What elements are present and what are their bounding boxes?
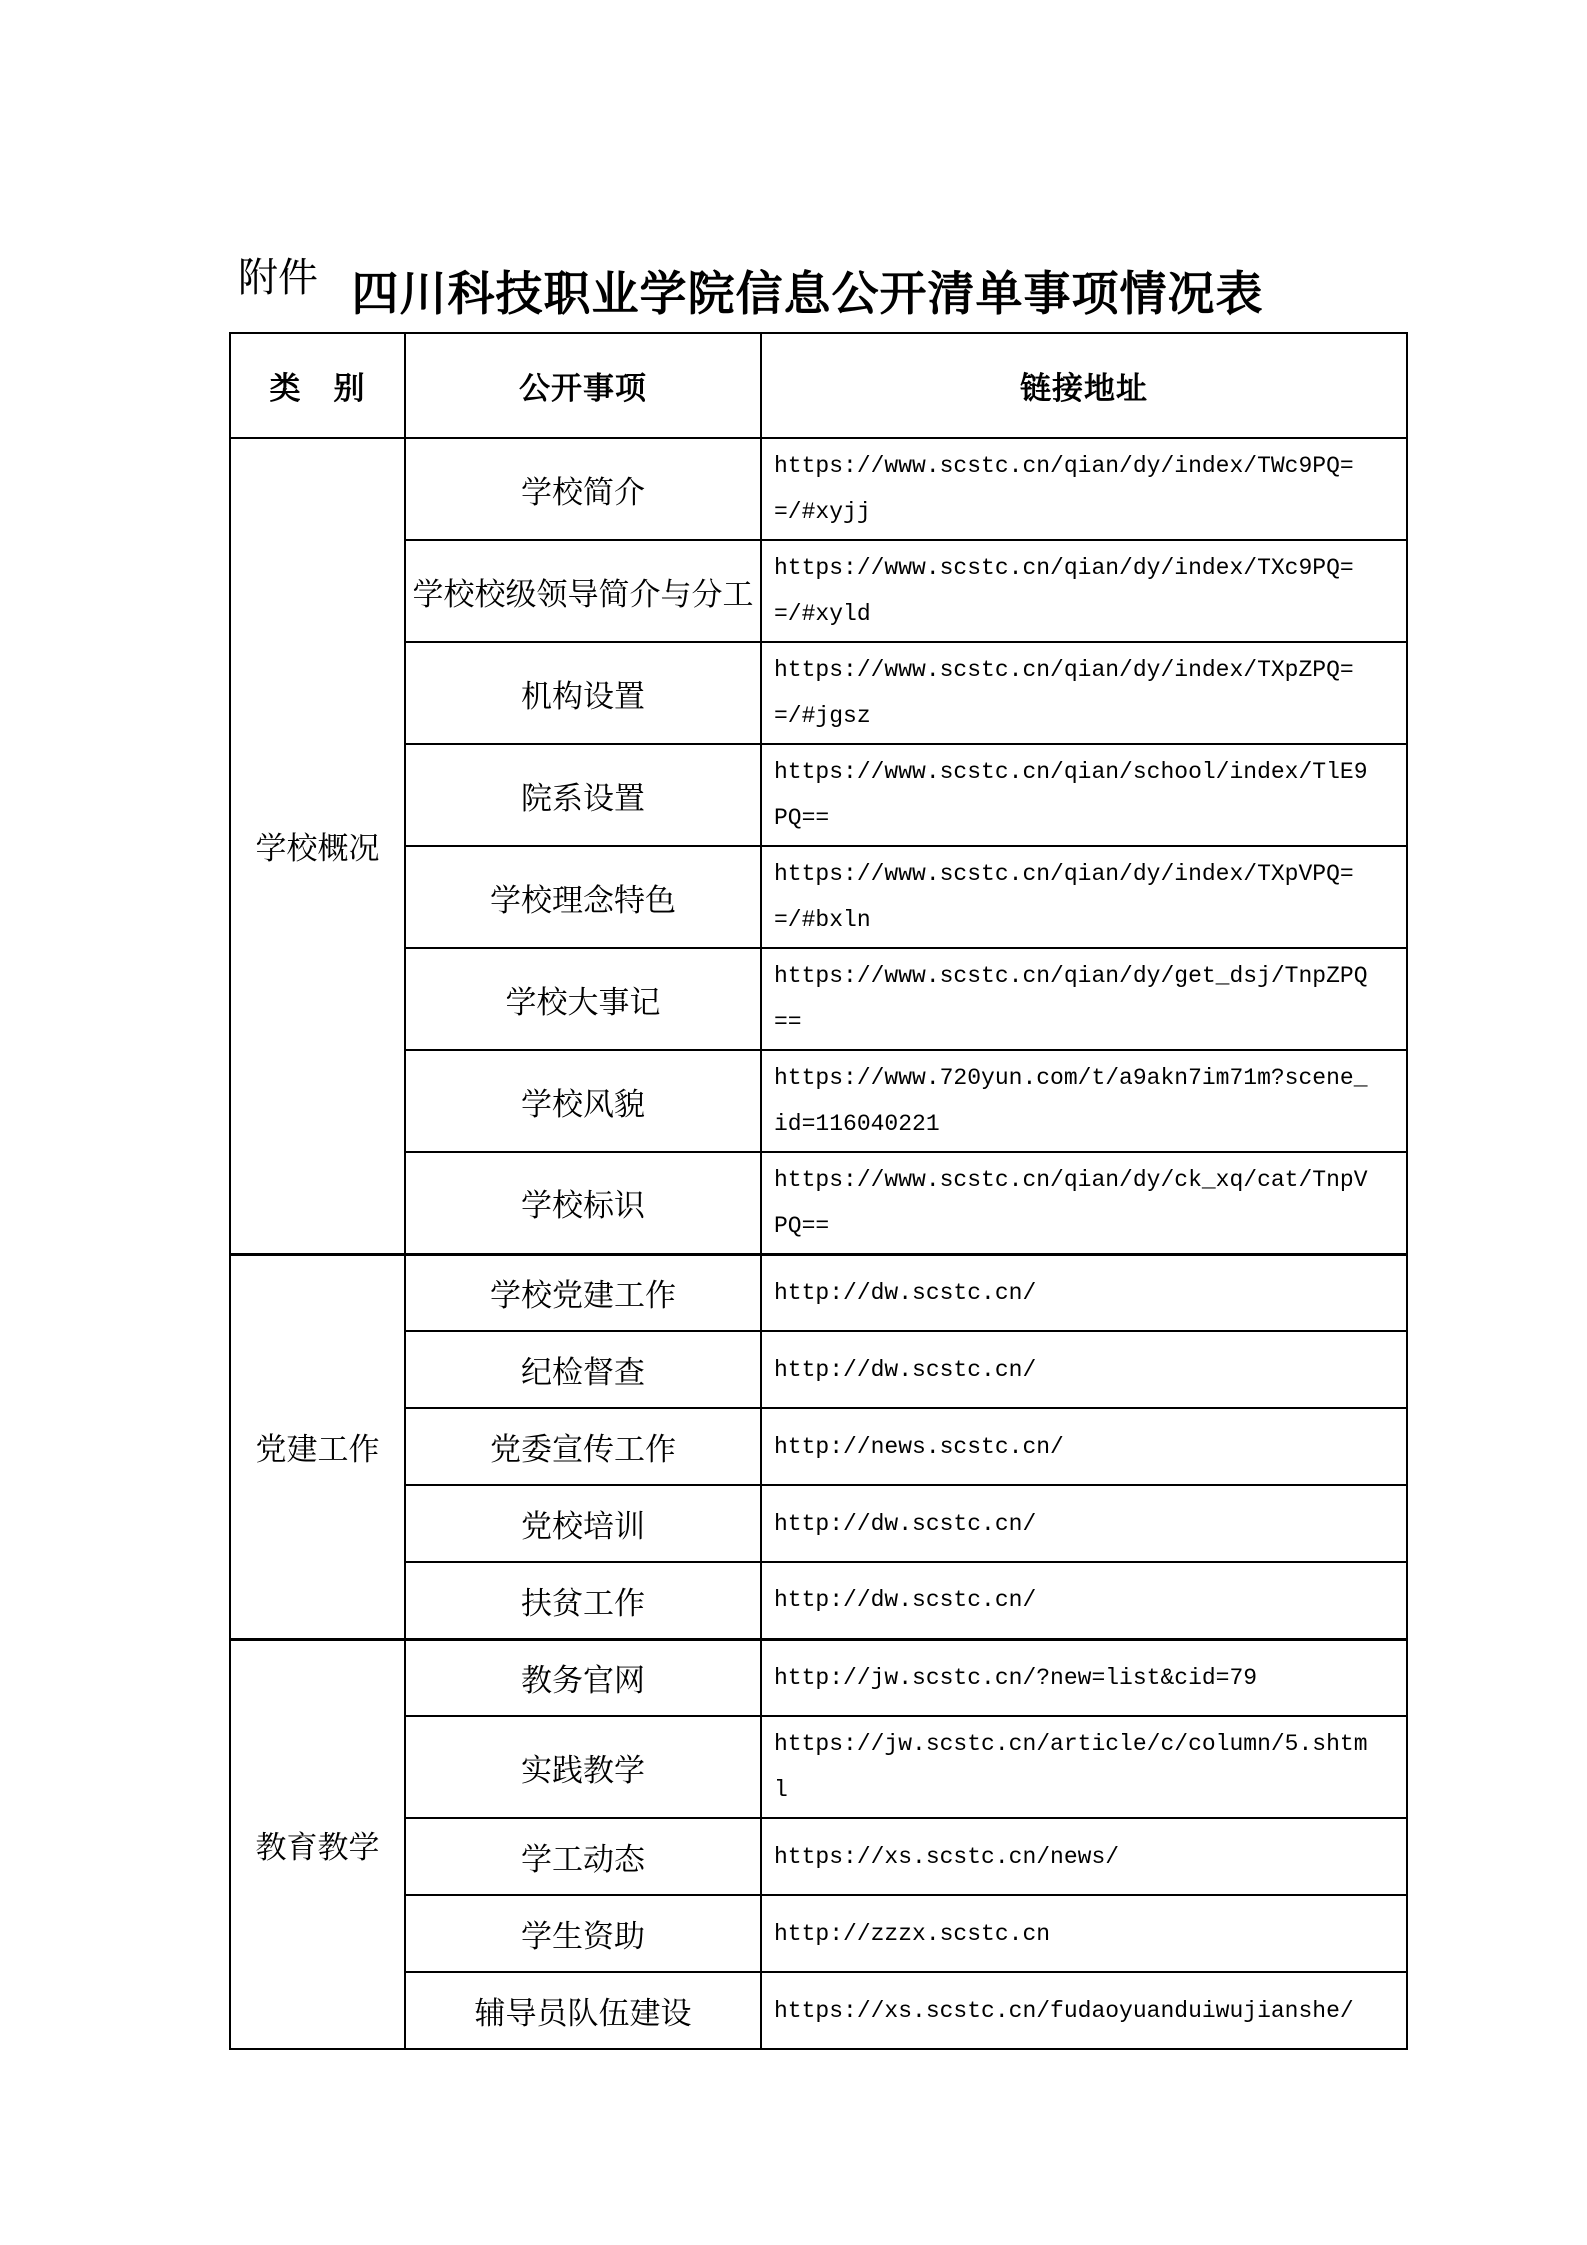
url-text: http://dw.scstc.cn/ (774, 1577, 1372, 1623)
table-row: 党建工作学校党建工作http://dw.scstc.cn/ (230, 1254, 1407, 1331)
table-row: 扶贫工作http://dw.scstc.cn/ (230, 1562, 1407, 1639)
url-text: https://xs.scstc.cn/news/ (774, 1834, 1372, 1880)
table-row: 党委宣传工作http://news.scstc.cn/ (230, 1408, 1407, 1485)
document-page: 附件 四川科技职业学院信息公开清单事项情况表 类 别 公开事项 链接地址 学校概… (0, 0, 1587, 2245)
url-cell: http://dw.scstc.cn/ (761, 1485, 1407, 1562)
table-row: 机构设置https://www.scstc.cn/qian/dy/index/T… (230, 642, 1407, 744)
item-cell: 学校标识 (405, 1152, 761, 1254)
url-cell: https://www.scstc.cn/qian/school/index/T… (761, 744, 1407, 846)
table-row: 学校校级领导简介与分工https://www.scstc.cn/qian/dy/… (230, 540, 1407, 642)
item-cell: 学校理念特色 (405, 846, 761, 948)
table-row: 党校培训http://dw.scstc.cn/ (230, 1485, 1407, 1562)
item-cell: 学校校级领导简介与分工 (405, 540, 761, 642)
page-title: 四川科技职业学院信息公开清单事项情况表 (219, 270, 1396, 322)
item-cell: 学生资助 (405, 1895, 761, 1972)
item-cell: 学校大事记 (405, 948, 761, 1050)
table-row: 学校概况学校简介https://www.scstc.cn/qian/dy/ind… (230, 438, 1407, 540)
url-cell: https://www.scstc.cn/qian/dy/index/TXc9P… (761, 540, 1407, 642)
table-row: 实践教学https://jw.scstc.cn/article/c/column… (230, 1716, 1407, 1818)
item-cell: 辅导员队伍建设 (405, 1972, 761, 2049)
item-cell: 实践教学 (405, 1716, 761, 1818)
url-cell: http://zzzx.scstc.cn (761, 1895, 1407, 1972)
url-text: https://www.scstc.cn/qian/dy/ck_xq/cat/T… (774, 1157, 1372, 1249)
table-row: 学校标识https://www.scstc.cn/qian/dy/ck_xq/c… (230, 1152, 1407, 1254)
category-cell: 党建工作 (230, 1254, 405, 1639)
url-cell: http://dw.scstc.cn/ (761, 1562, 1407, 1639)
url-text: http://dw.scstc.cn/ (774, 1347, 1372, 1393)
url-text: https://www.720yun.com/t/a9akn7im71m?sce… (774, 1055, 1372, 1147)
table-row: 学校大事记https://www.scstc.cn/qian/dy/get_ds… (230, 948, 1407, 1050)
header-category: 类 别 (230, 333, 405, 438)
url-cell: http://dw.scstc.cn/ (761, 1331, 1407, 1408)
info-disclosure-table: 类 别 公开事项 链接地址 学校概况学校简介https://www.scstc.… (229, 332, 1408, 2050)
table-row: 院系设置https://www.scstc.cn/qian/school/ind… (230, 744, 1407, 846)
url-text: https://www.scstc.cn/qian/dy/index/TWc9P… (774, 443, 1372, 535)
item-cell: 纪检督查 (405, 1331, 761, 1408)
url-text: http://dw.scstc.cn/ (774, 1501, 1372, 1547)
table-row: 辅导员队伍建设https://xs.scstc.cn/fudaoyuanduiw… (230, 1972, 1407, 2049)
url-text: https://www.scstc.cn/qian/dy/index/TXpVP… (774, 851, 1372, 943)
item-cell: 党委宣传工作 (405, 1408, 761, 1485)
item-cell: 学校党建工作 (405, 1254, 761, 1331)
url-cell: http://dw.scstc.cn/ (761, 1254, 1407, 1331)
url-text: https://www.scstc.cn/qian/school/index/T… (774, 749, 1372, 841)
url-cell: https://www.scstc.cn/qian/dy/index/TXpVP… (761, 846, 1407, 948)
item-cell: 学校简介 (405, 438, 761, 540)
url-cell: https://xs.scstc.cn/news/ (761, 1818, 1407, 1895)
url-cell: https://www.scstc.cn/qian/dy/get_dsj/Tnp… (761, 948, 1407, 1050)
url-cell: http://jw.scstc.cn/?new=list&cid=79 (761, 1639, 1407, 1716)
table-row: 学工动态https://xs.scstc.cn/news/ (230, 1818, 1407, 1895)
url-cell: https://www.720yun.com/t/a9akn7im71m?sce… (761, 1050, 1407, 1152)
item-cell: 学校风貌 (405, 1050, 761, 1152)
table-row: 教育教学教务官网http://jw.scstc.cn/?new=list&cid… (230, 1639, 1407, 1716)
url-text: http://jw.scstc.cn/?new=list&cid=79 (774, 1655, 1372, 1701)
url-cell: https://jw.scstc.cn/article/c/column/5.s… (761, 1716, 1407, 1818)
item-cell: 党校培训 (405, 1485, 761, 1562)
url-text: https://xs.scstc.cn/fudaoyuanduiwujiansh… (774, 1988, 1372, 2034)
header-item: 公开事项 (405, 333, 761, 438)
url-text: https://www.scstc.cn/qian/dy/index/TXc9P… (774, 545, 1372, 637)
item-cell: 扶贫工作 (405, 1562, 761, 1639)
url-text: http://dw.scstc.cn/ (774, 1270, 1372, 1316)
url-text: http://zzzx.scstc.cn (774, 1911, 1372, 1957)
url-cell: https://xs.scstc.cn/fudaoyuanduiwujiansh… (761, 1972, 1407, 2049)
header-link: 链接地址 (761, 333, 1407, 438)
url-cell: https://www.scstc.cn/qian/dy/index/TXpZP… (761, 642, 1407, 744)
url-cell: http://news.scstc.cn/ (761, 1408, 1407, 1485)
table-header-row: 类 别 公开事项 链接地址 (230, 333, 1407, 438)
category-cell: 学校概况 (230, 438, 405, 1254)
item-cell: 机构设置 (405, 642, 761, 744)
url-text: https://jw.scstc.cn/article/c/column/5.s… (774, 1721, 1372, 1813)
table-row: 学校风貌https://www.720yun.com/t/a9akn7im71m… (230, 1050, 1407, 1152)
item-cell: 教务官网 (405, 1639, 761, 1716)
url-text: https://www.scstc.cn/qian/dy/get_dsj/Tnp… (774, 953, 1372, 1045)
url-cell: https://www.scstc.cn/qian/dy/index/TWc9P… (761, 438, 1407, 540)
category-cell: 教育教学 (230, 1639, 405, 2049)
url-text: http://news.scstc.cn/ (774, 1424, 1372, 1470)
item-cell: 院系设置 (405, 744, 761, 846)
item-cell: 学工动态 (405, 1818, 761, 1895)
table-row: 纪检督查http://dw.scstc.cn/ (230, 1331, 1407, 1408)
table-row: 学校理念特色https://www.scstc.cn/qian/dy/index… (230, 846, 1407, 948)
url-cell: https://www.scstc.cn/qian/dy/ck_xq/cat/T… (761, 1152, 1407, 1254)
table-row: 学生资助http://zzzx.scstc.cn (230, 1895, 1407, 1972)
url-text: https://www.scstc.cn/qian/dy/index/TXpZP… (774, 647, 1372, 739)
